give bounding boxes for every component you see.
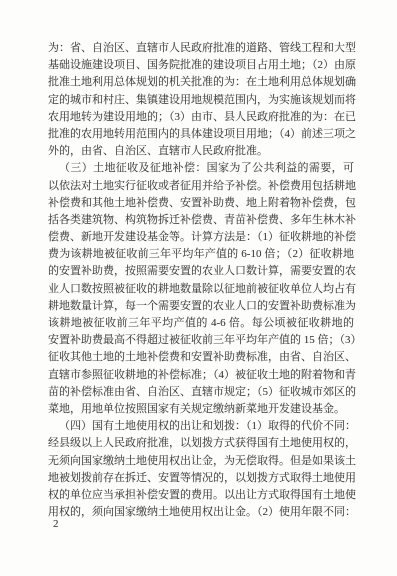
- text-line: 菜地，用地单位按照国家有关规定缴纳新菜地开发建设基金。: [48, 401, 354, 418]
- text-line: 偿费、新地开发建设基金等。计算方法是：（1）征收耕地的补偿: [48, 229, 354, 246]
- text-line: 苗的补偿标准由省、自治区、直辖市规定；（5）征收城市郊区的: [48, 384, 354, 401]
- text-line: （四）国有土地使用权的出让和划拨：（1）取得的代价不同：: [48, 418, 354, 435]
- text-line: 外的，由省、自治区、直辖市人民政府批准。: [48, 143, 354, 160]
- text-line: 地被划拨前存在拆迁、安置等情况的，以划拨方式取得土地使用: [48, 470, 354, 487]
- text-line: 权的单位应当承担补偿安置的费用。以出让方式取得国有土地使: [48, 487, 354, 504]
- text-line: 以依法对土地实行征收或者征用并给予补偿。补偿费用包括耕地: [48, 178, 354, 195]
- text-line: 直辖市参照征收耕地的补偿标准；（4）被征收土地的附着物和青: [48, 367, 354, 384]
- body-text: 为：省、自治区、直辖市人民政府批准的道路、管线工程和大型基础设施建设项目、国务院…: [48, 40, 354, 521]
- text-line: 括各类建筑物、构筑物拆迁补偿费、青苗补偿费、多年生林木补: [48, 212, 354, 229]
- text-line: 无须向国家缴纳土地使用权出让金，为无偿取得。但是如果该土: [48, 453, 354, 470]
- page-number: 2: [53, 516, 59, 532]
- text-line: （三）土地征收及征地补偿：国家为了公共利益的需要，可: [48, 160, 354, 177]
- text-line: 补偿费和其他土地补偿费、安置补助费、地上附着物补偿费，包: [48, 195, 354, 212]
- text-line: 征收其他土地的土地补偿费和安置补助费标准，由省、自治区、: [48, 349, 354, 366]
- text-line: 为：省、自治区、直辖市人民政府批准的道路、管线工程和大型: [48, 40, 354, 57]
- text-line: 经县级以上人民政府批准，以划拨方式获得国有土地使用权的，: [48, 435, 354, 452]
- text-line: 批准的农用地转用范围内的具体建设项目用地；（4）前述三项之: [48, 126, 354, 143]
- text-line: 业人口数按照被征收的耕地数量除以征地前被征收单位人均占有: [48, 281, 354, 298]
- text-line: 安置补助费最高不得超过被征收前三年平均年产值的 15 倍；（3）: [48, 332, 354, 349]
- text-line: 农用地转为建设用地的；（3）由市、县人民政府批准的为：在已: [48, 109, 354, 126]
- text-line: 定的城市和村庄、集镇建设用地规模范围内，为实施该规划而将: [48, 92, 354, 109]
- text-line: 的安置补助费，按照需要安置的农业人口数计算，需要安置的农: [48, 263, 354, 280]
- text-line: 基础设施建设项目、国务院批准的建设项目占用土地；（2）由原: [48, 57, 354, 74]
- text-line: 费为该耕地被征收前三年平均年产值的 6-10 倍；（2）征收耕地: [48, 246, 354, 263]
- text-line: 该耕地被征收前三年平均产值的 4-6 倍。每公顷被征收耕地的: [48, 315, 354, 332]
- text-line: 批准土地利用总体规划的机关批准的为：在土地利用总体规划确: [48, 74, 354, 91]
- text-line: 用权的，须向国家缴纳土地使用权出让金。（2）使用年限不同：: [48, 504, 354, 521]
- document-page: 为：省、自治区、直辖市人民政府批准的道路、管线工程和大型基础设施建设项目、国务院…: [0, 0, 397, 576]
- text-line: 耕地数量计算，每一个需要安置的农业人口的安置补助费标准为: [48, 298, 354, 315]
